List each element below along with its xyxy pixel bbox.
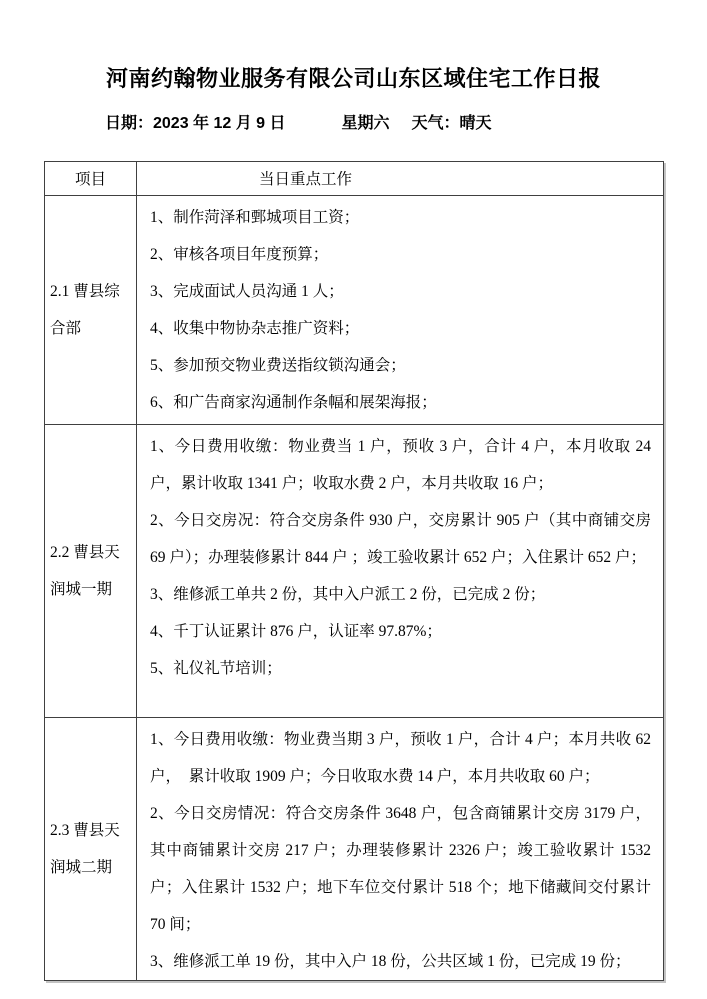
work-item: 6、和广告商家沟通制作条幅和展架海报； xyxy=(150,384,651,421)
work-item: 4、千丁认证累计 876 户，认证率 97.87%； xyxy=(150,613,651,650)
table-row-section-2-3: 2.3 曹县天 润城二期 1、今日费用收缴：物业费当期 3 户，预收 1 户，合… xyxy=(45,718,664,981)
date-line: 日期：2023 年 12 月 9 日星期六天气：晴天 xyxy=(0,110,707,133)
report-table: 项目 当日重点工作 2.1 曹县综 合部 1、制作菏泽和鄄城项目工资； 2、审核… xyxy=(44,161,664,981)
table-row-section-2-1: 2.1 曹县综 合部 1、制作菏泽和鄄城项目工资； 2、审核各项目年度预算； 3… xyxy=(45,196,664,425)
work-item: 2、今日交房情况：符合交房条件 3648 户，包含商铺累计交房 3179 户，其… xyxy=(150,795,651,943)
work-item: 3、维修派工单 19 份，其中入户 18 份，公共区域 1 份，已完成 19 份… xyxy=(150,943,651,980)
section-label: 2.2 曹县天 润城一期 xyxy=(45,425,137,718)
work-item: 1、今日费用收缴：物业费当 1 户，预收 3 户，合计 4 户，本月收取 24 … xyxy=(150,428,651,502)
section-items: 1、今日费用收缴：物业费当 1 户，预收 3 户，合计 4 户，本月收取 24 … xyxy=(137,425,664,718)
work-item: 2、今日交房况：符合交房条件 930 户，交房累计 905 户（其中商铺交房 6… xyxy=(150,502,651,576)
work-item: 3、完成面试人员沟通 1 人； xyxy=(150,273,651,310)
page: { "page": { "title": "河南约翰物业服务有限公司山东区域住宅… xyxy=(0,0,707,999)
weekday-text: 星期六 xyxy=(342,115,390,132)
work-item: 3、维修派工单共 2 份，其中入户派工 2 份，已完成 2 份； xyxy=(150,576,651,613)
section-label: 2.3 曹县天 润城二期 xyxy=(45,718,137,981)
document: 河南约翰物业服务有限公司山东区域住宅工作日报 日期：2023 年 12 月 9 … xyxy=(0,0,707,999)
header-cell-project: 项目 xyxy=(45,162,137,196)
header-cell-work: 当日重点工作 xyxy=(137,162,664,196)
table-header-row: 项目 当日重点工作 xyxy=(45,162,664,196)
table-row-section-2-2: 2.2 曹县天 润城一期 1、今日费用收缴：物业费当 1 户，预收 3 户，合计… xyxy=(45,425,664,718)
work-item: 5、礼仪礼节培训； xyxy=(150,650,651,687)
section-label: 2.1 曹县综 合部 xyxy=(45,196,137,425)
date-text: 日期：2023 年 12 月 9 日 xyxy=(105,115,286,132)
work-item: 1、今日费用收缴：物业费当期 3 户，预收 1 户，合计 4 户；本月共收 62… xyxy=(150,721,651,795)
work-item: 2、审核各项目年度预算； xyxy=(150,236,651,273)
section-items: 1、制作菏泽和鄄城项目工资； 2、审核各项目年度预算； 3、完成面试人员沟通 1… xyxy=(137,196,664,425)
work-item: 1、制作菏泽和鄄城项目工资； xyxy=(150,199,651,236)
weather-text: 天气：晴天 xyxy=(412,115,492,132)
report-title: 河南约翰物业服务有限公司山东区域住宅工作日报 xyxy=(0,0,707,93)
work-item: 5、参加预交物业费送指纹锁沟通会； xyxy=(150,347,651,384)
work-item: 4、收集中物协杂志推广资料； xyxy=(150,310,651,347)
section-items: 1、今日费用收缴：物业费当期 3 户，预收 1 户，合计 4 户；本月共收 62… xyxy=(137,718,664,981)
